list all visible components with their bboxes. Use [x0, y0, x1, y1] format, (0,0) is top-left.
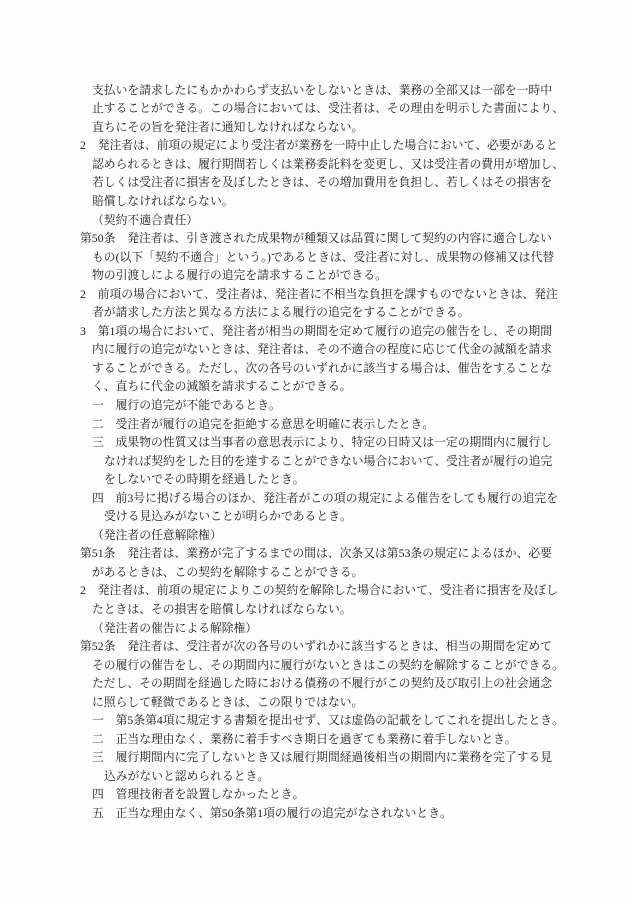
article-number: 第50条: [80, 231, 115, 245]
article-50: （契約不適合責任） 第50条発注者は、引き渡された成果物が種類又は品質に関して契…: [0, 211, 630, 526]
text-line: く、直ちに代金の減額を請求することができる。: [92, 377, 552, 396]
list-item: 二受注者が履行の追完を拒絶する意思を明確に表示したとき。: [92, 415, 552, 434]
article-51: （発注者の任意解除権） 第51条発注者は、業務が完了するまでの間は、次条又は第5…: [0, 526, 630, 619]
text-line: もの(以下「契約不適合」という。)であるときは、受注者に対し、成果物の修補又は代…: [92, 248, 552, 267]
item-text: 履行期間内に完了しないとき又は履行期間経過後相当の期間内に業務を完了する見: [116, 750, 553, 764]
list-item: 一履行の追完が不能であるとき。: [92, 396, 552, 415]
article-caption: （契約不適合責任）: [92, 211, 552, 230]
text-line: 三成果物の性質又は当事者の意思表示により、特定の日時又は一定の期間内に履行し: [92, 433, 552, 452]
article-number: 第52条: [80, 639, 115, 653]
text-line: 賠償しなければならない。: [92, 192, 552, 211]
article-49: 支払いを請求したにもかかわらず支払いをしないときは、業務の全部又は一部を一時中 …: [0, 81, 630, 211]
list-item: 五正当な理由なく、第50条第1項の履行の追完がなされないとき。: [92, 804, 552, 823]
article-50-paragraph-3: 3第1項の場合において、発注者が相当の期間を定めて履行の追完の催告をし、その期間…: [0, 322, 630, 526]
paragraph-text: 発注者は、受注者が次の各号のいずれかに該当するときは、相当の期間を定めて: [127, 639, 552, 653]
paragraph-text: 第1項の場合において、発注者が相当の期間を定めて履行の追完の催告をし、その期間: [98, 324, 552, 338]
text-line: 3第1項の場合において、発注者が相当の期間を定めて履行の追完の催告をし、その期間: [80, 322, 552, 341]
text-line: 2前項の場合において、受注者は、発注者に不相当な負担を課すものでないときは、発注: [80, 285, 552, 304]
paragraph-number: 2: [80, 583, 86, 597]
text-line: なければ契約をした目的を達することができない場合において、受注者が履行の追完: [104, 452, 552, 471]
item-text: 第5条第4項に規定する書類を提出せず、又は虚偽の記載をしてこれを提出したとき。: [116, 713, 564, 727]
item-list: 一履行の追完が不能であるとき。 二受注者が履行の追完を拒絶する意思を明確に表示し…: [0, 396, 630, 526]
item-number: 三: [92, 435, 104, 449]
paragraph-text: 発注者は、前項の規定により受注者が業務を一時中止した場合において、必要があると: [98, 138, 558, 152]
text-line: 物の引渡しによる履行の追完を請求することができる。: [92, 266, 552, 285]
list-item: 二正当な理由なく、業務に着手すべき期日を過ぎても業務に着手しないとき。: [92, 730, 552, 749]
item-text: 正当な理由なく、業務に着手すべき期日を過ぎても業務に着手しないとき。: [116, 732, 517, 746]
text-line: 止することができる。この場合においては、受注者は、その理由を明示した書面により、: [92, 99, 552, 118]
paragraph-text: 前項の場合において、受注者は、発注者に不相当な負担を課すものでないときは、発注: [98, 287, 558, 301]
text-line: 第51条発注者は、業務が完了するまでの間は、次条又は第53条の規定によるほか、必…: [80, 544, 552, 563]
text-line: 四前3号に掲げる場合のほか、発注者がこの項の規定による催告をしても履行の追完を: [92, 489, 552, 508]
paragraph-text: 発注者は、業務が完了するまでの間は、次条又は第53条の規定によるほか、必要: [127, 546, 552, 560]
text-line: 2発注者は、前項の規定により受注者が業務を一時中止した場合において、必要があると: [80, 136, 552, 155]
article-number: 第51条: [80, 546, 115, 560]
text-line: たときは、その損害を賠償しなければならない。: [92, 600, 552, 619]
list-item: 四管理技術者を設置しなかったとき。: [92, 785, 552, 804]
article-49-paragraph-2: 2発注者は、前項の規定により受注者が業務を一時中止した場合において、必要があると…: [0, 136, 630, 210]
text-line: 直ちにその旨を発注者に通知しなければならない。: [92, 118, 552, 137]
text-line: 受ける見込みがないことが明らかであるとき。: [104, 507, 552, 526]
paragraph-text: 発注者は、前項の規定によりこの契約を解除した場合において、受注者に損害を及ぼし: [98, 583, 558, 597]
item-number: 二: [92, 732, 104, 746]
text-line: 支払いを請求したにもかかわらず支払いをしないときは、業務の全部又は一部を一時中: [92, 81, 552, 100]
paragraph-number: 2: [80, 138, 86, 152]
text-line: 2発注者は、前項の規定によりこの契約を解除した場合において、受注者に損害を及ぼし: [80, 581, 552, 600]
text-line: があるときは、この契約を解除することができる。: [92, 563, 552, 582]
article-50-paragraph-2: 2前項の場合において、受注者は、発注者に不相当な負担を課すものでないときは、発注…: [0, 285, 630, 322]
item-text: 管理技術者を設置しなかったとき。: [116, 787, 305, 801]
list-item: 一第5条第4項に規定する書類を提出せず、又は虚偽の記載をしてこれを提出したとき。: [92, 711, 552, 730]
item-text: 正当な理由なく、第50条第1項の履行の追完がなされないとき。: [116, 806, 452, 820]
text-line: ただし、その期間を経過した時における債務の不履行がこの契約及び取引上の社会通念: [92, 674, 552, 693]
article-caption: （発注者の任意解除権）: [92, 526, 552, 545]
text-line: その履行の催告をし、その期間内に履行がないときはこの契約を解除することができる。: [92, 656, 552, 675]
list-item: 三履行期間内に完了しないとき又は履行期間経過後相当の期間内に業務を完了する見 込…: [0, 748, 630, 785]
item-text: 成果物の性質又は当事者の意思表示により、特定の日時又は一定の期間内に履行し: [116, 435, 553, 449]
text-line: することができる。ただし、次の各号のいずれかに該当する場合は、催告をすることな: [92, 359, 552, 378]
item-number: 二: [92, 417, 104, 431]
text-line: 認められるときは、履行期間若しくは業務委託料を変更し、又は受注者の費用が増加し、: [92, 155, 552, 174]
article-52: （発注者の催告による解除権） 第52条発注者は、受注者が次の各号のいずれかに該当…: [0, 619, 630, 823]
paragraph-text: 発注者は、引き渡された成果物が種類又は品質に関して契約の内容に適合しない: [127, 231, 552, 245]
item-list: 一第5条第4項に規定する書類を提出せず、又は虚偽の記載をしてこれを提出したとき。…: [0, 711, 630, 822]
item-number: 三: [92, 750, 104, 764]
item-text: 受注者が履行の追完を拒絶する意思を明確に表示したとき。: [116, 417, 435, 431]
paragraph-number: 2: [80, 287, 86, 301]
text-line: 第52条発注者は、受注者が次の各号のいずれかに該当するときは、相当の期間を定めて: [80, 637, 552, 656]
text-line: をしないでその時期を経過したとき。: [104, 470, 552, 489]
article-caption: （発注者の催告による解除権）: [92, 619, 552, 638]
article-49-paragraph-1-tail: 支払いを請求したにもかかわらず支払いをしないときは、業務の全部又は一部を一時中 …: [0, 81, 630, 137]
list-item: 三成果物の性質又は当事者の意思表示により、特定の日時又は一定の期間内に履行し な…: [0, 433, 630, 489]
article-51-paragraph-1: 第51条発注者は、業務が完了するまでの間は、次条又は第53条の規定によるほか、必…: [0, 544, 630, 581]
item-number: 四: [92, 787, 104, 801]
item-number: 五: [92, 806, 104, 820]
item-number: 一: [92, 713, 104, 727]
list-item: 四前3号に掲げる場合のほか、発注者がこの項の規定による催告をしても履行の追完を …: [0, 489, 630, 526]
article-51-paragraph-2: 2発注者は、前項の規定によりこの契約を解除した場合において、受注者に損害を及ぼし…: [0, 581, 630, 618]
text-line: に照らして軽微であるときは、この限りではない。: [92, 693, 552, 712]
text-line: 第50条発注者は、引き渡された成果物が種類又は品質に関して契約の内容に適合しない: [80, 229, 552, 248]
paragraph-number: 3: [80, 324, 86, 338]
text-line: 者が請求した方法と異なる方法による履行の追完をすることができる。: [92, 303, 552, 322]
text-line: 若しくは受注者に損害を及ぼしたときは、その増加費用を負担し、若しくはその損害を: [92, 173, 552, 192]
text-line: 内に履行の追完がないときは、発注者は、その不適合の程度に応じて代金の減額を請求: [92, 340, 552, 359]
item-number: 一: [92, 398, 104, 412]
document-page: 支払いを請求したにもかかわらず支払いをしないときは、業務の全部又は一部を一時中 …: [0, 81, 630, 823]
item-text: 前3号に掲げる場合のほか、発注者がこの項の規定による催告をしても履行の追完を: [116, 491, 558, 505]
text-line: 三履行期間内に完了しないとき又は履行期間経過後相当の期間内に業務を完了する見: [92, 748, 552, 767]
article-52-paragraph-1: 第52条発注者は、受注者が次の各号のいずれかに該当するときは、相当の期間を定めて…: [0, 637, 630, 822]
item-number: 四: [92, 491, 104, 505]
article-50-paragraph-1: 第50条発注者は、引き渡された成果物が種類又は品質に関して契約の内容に適合しない…: [0, 229, 630, 285]
item-text: 履行の追完が不能であるとき。: [116, 398, 281, 412]
text-line: 込みがないと認められるとき。: [104, 767, 552, 786]
